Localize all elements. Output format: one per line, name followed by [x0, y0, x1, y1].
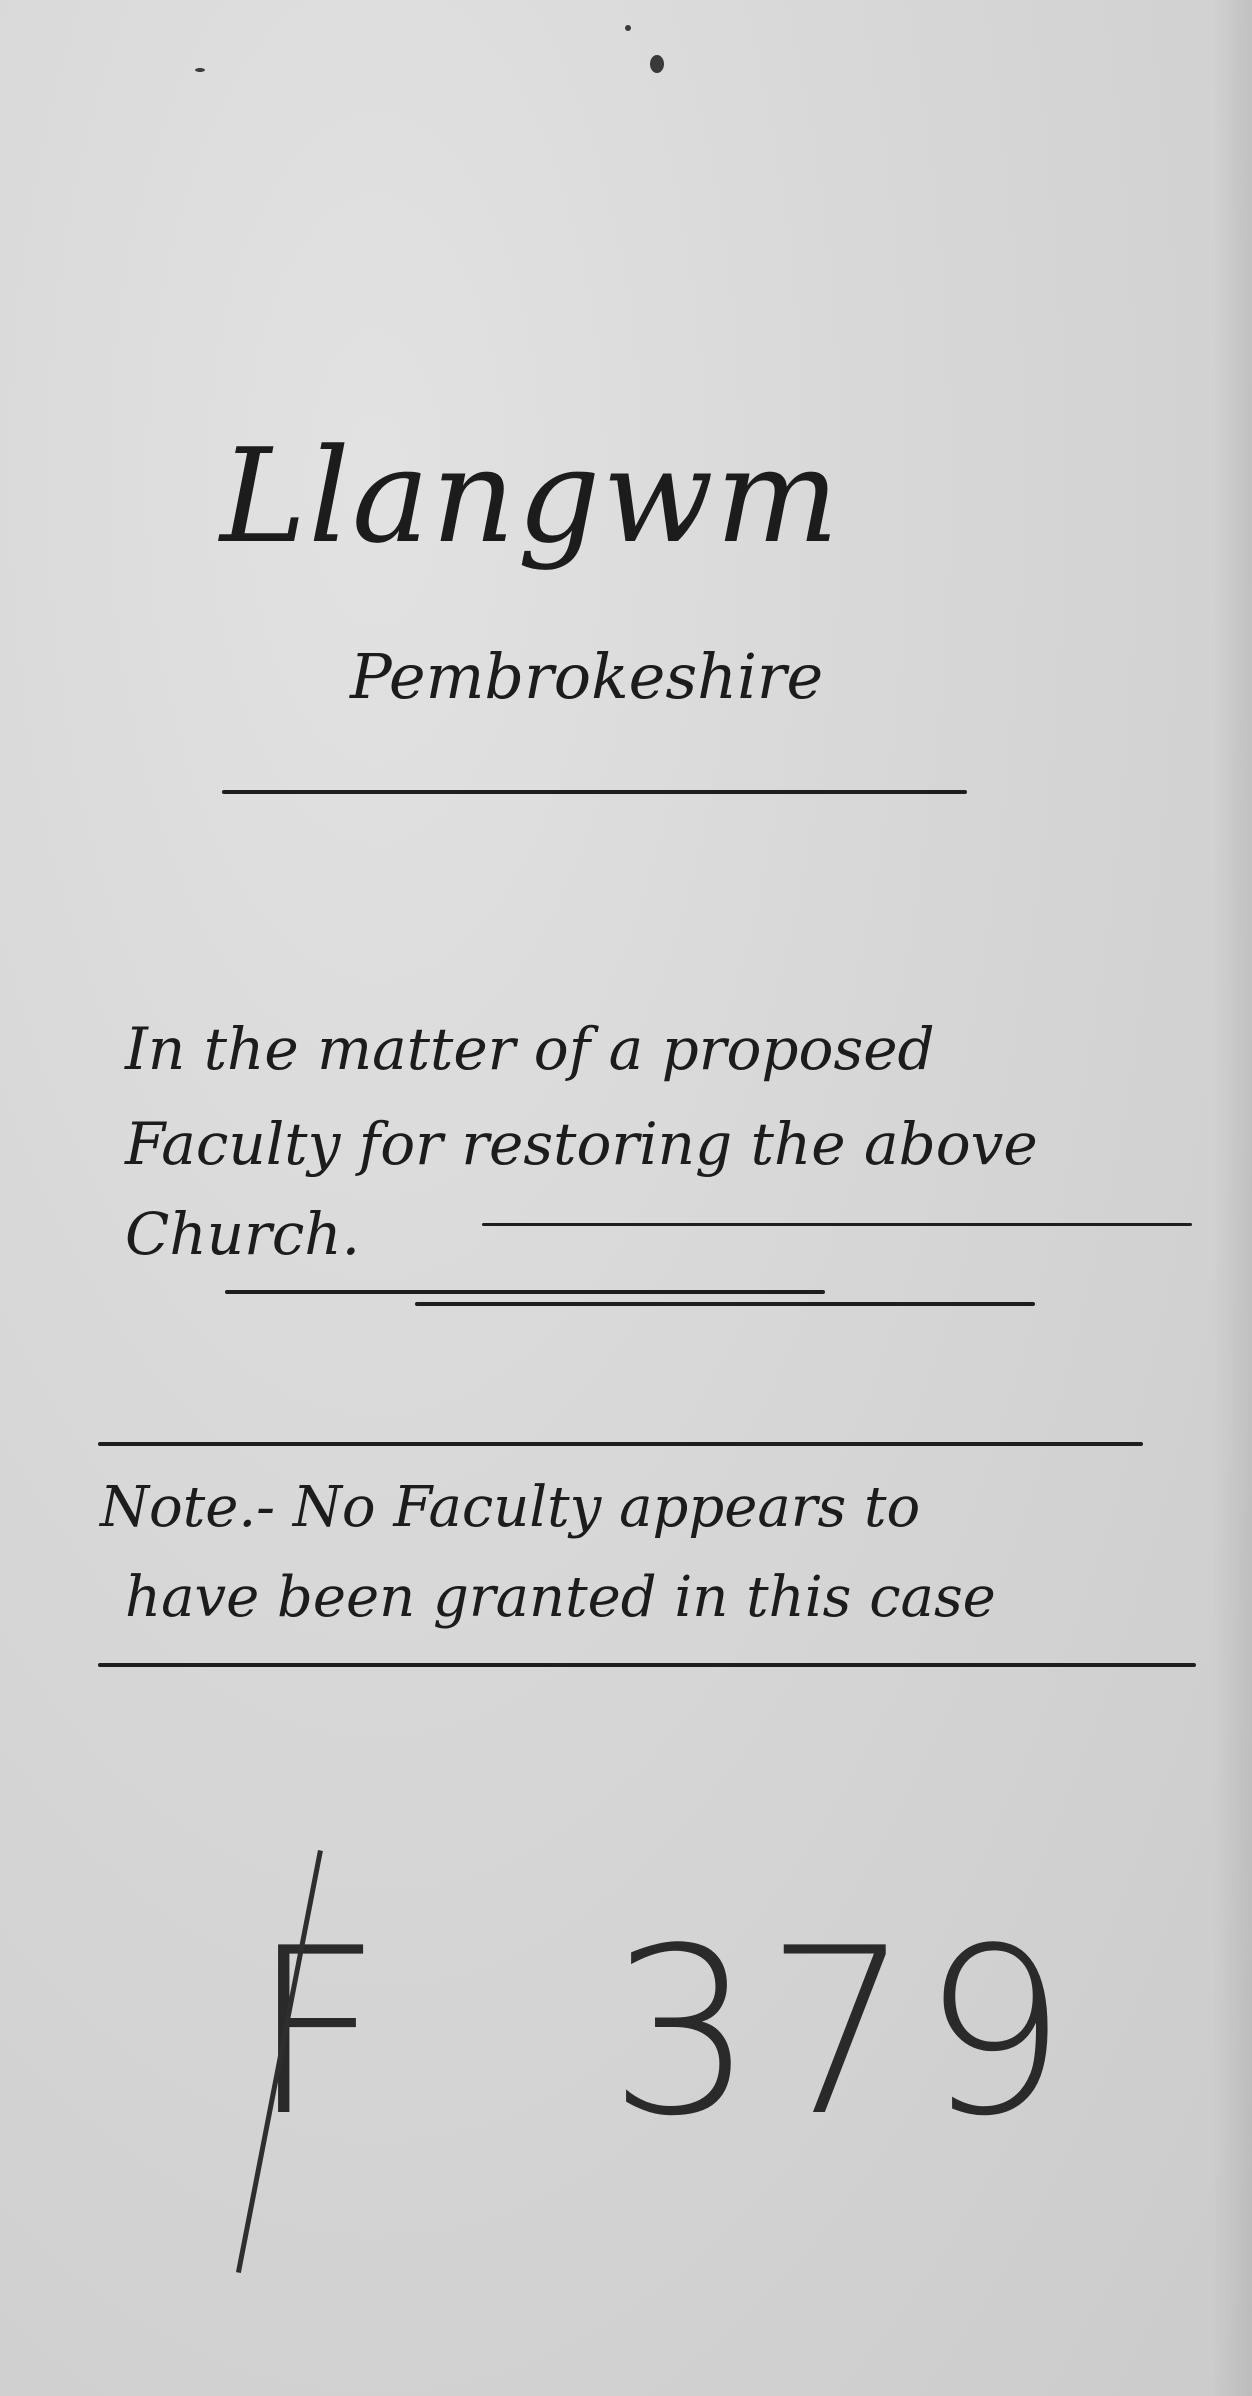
document-page: Llangwm Pembrokeshire In the matter of a… — [0, 0, 1252, 2396]
note-line-2: have been granted in this case — [125, 1565, 996, 1630]
divider-rule — [222, 790, 967, 794]
reference-number: F 379 — [250, 1900, 1078, 2167]
page-edge-shadow — [1212, 0, 1252, 2396]
matter-line-2: Faculty for restoring the above — [125, 1110, 1038, 1178]
reference-prefix: F — [250, 1900, 392, 2167]
ink-speck — [650, 55, 664, 73]
ink-speck — [625, 25, 631, 31]
note-bottom-rule — [98, 1663, 1196, 1667]
parish-title: Llangwm — [220, 420, 841, 572]
reference-digits: 379 — [609, 1900, 1078, 2167]
matter-line-1: In the matter of a proposed — [125, 1015, 935, 1083]
divider-rule — [225, 1290, 825, 1294]
note-line-1: Note.- No Faculty appears to — [100, 1475, 920, 1540]
divider-rule — [415, 1302, 1035, 1306]
county-name: Pembrokeshire — [350, 640, 823, 713]
trailing-rule — [482, 1223, 1192, 1226]
ink-speck — [195, 68, 205, 72]
note-top-rule — [98, 1442, 1143, 1446]
matter-line-3: Church. — [125, 1200, 360, 1268]
